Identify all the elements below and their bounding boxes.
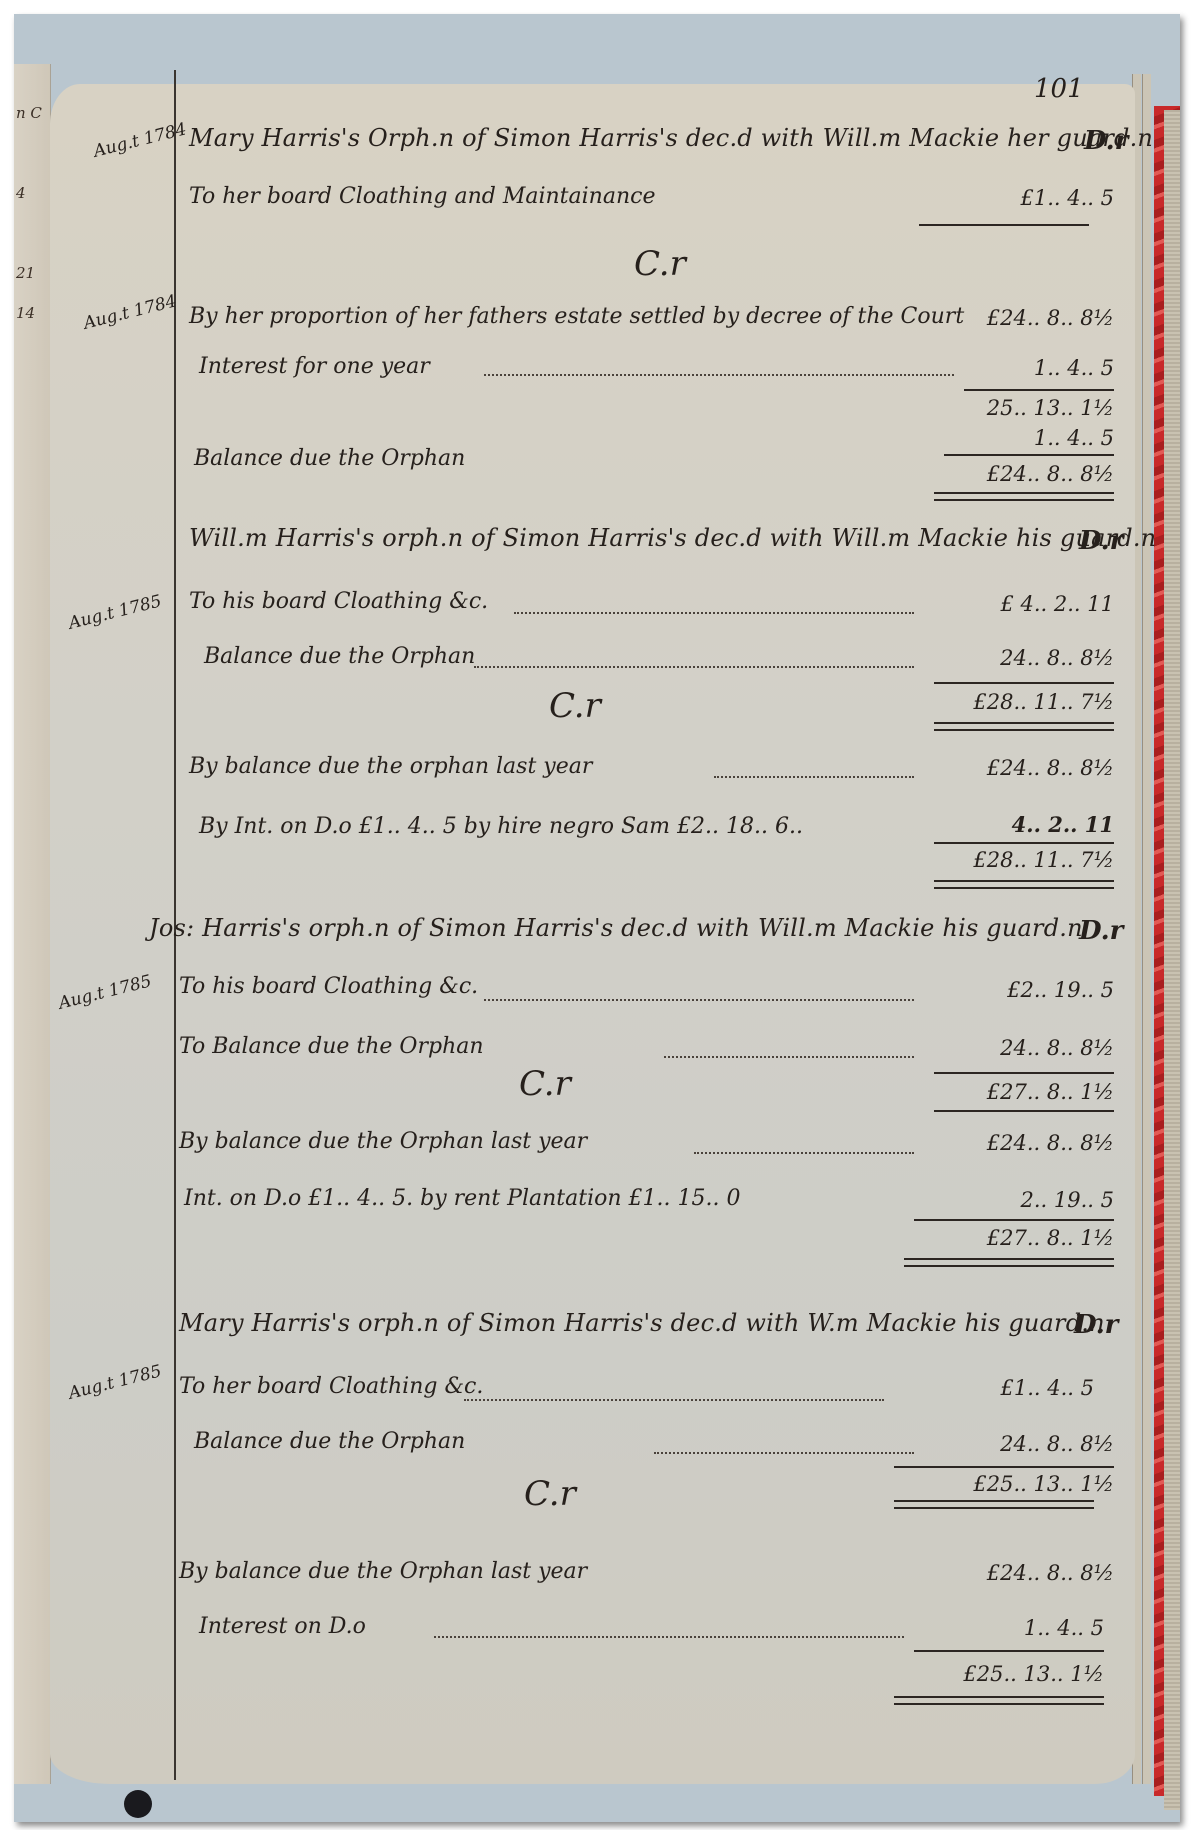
credit-total: £25.. 13.. 1½ [874,1662,1104,1686]
page-number: 101 [1034,74,1084,104]
dotted-leader [474,666,914,668]
rule [944,454,1114,456]
credit-line-amount: £24.. 8.. 8½ [914,1131,1114,1155]
double-rule [934,880,1114,889]
rule [934,682,1114,684]
credit-line-amount: £24.. 8.. 8½ [894,1561,1114,1585]
account-heading: Mary Harris's orph.n of Simon Harris's d… [179,1309,1105,1337]
dotted-leader [694,1152,914,1154]
credit-line-text: By balance due the orphan last year [189,754,592,779]
credit-line-amount: 2.. 19.. 5 [934,1188,1114,1212]
credit-line-text: Interest on D.o [199,1614,366,1639]
credit-line-text: By Int. on D.o £1.. 4.. 5 by hire negro … [199,814,803,839]
credit-line-text: Interest for one year [199,354,430,379]
debit-line-text: Balance due the Orphan [194,1429,465,1454]
debtor-label: D.r [1079,916,1123,946]
debtor-label: D.r [1079,526,1123,556]
double-rule [934,492,1114,501]
creditor-label: C.r [524,1474,576,1514]
debit-line-text: To her board Cloathing &c. [179,1374,483,1399]
debit-line-text: To his board Cloathing &c. [189,589,488,614]
debit-line-text: To Balance due the Orphan [179,1034,484,1059]
credit-total: £28.. 11.. 7½ [894,848,1114,872]
dotted-leader [714,776,914,778]
dotted-leader [464,1399,884,1401]
debit-line-amount: 24.. 8.. 8½ [914,1036,1114,1060]
debit-line-amount: 24.. 8.. 8½ [914,1432,1114,1456]
rule [934,1110,1114,1112]
credit-line-amount: 1.. 4.. 5 [954,356,1114,380]
debit-line-amount: £1.. 4.. 5 [894,1376,1094,1400]
photo-frame: n C 4 21 14 101 Aug.t 1784 Mary Harris's… [14,14,1180,1822]
less-amount: 1.. 4.. 5 [954,426,1114,450]
balance-amount: £24.. 8.. 8½ [914,462,1114,486]
double-rule [894,1696,1104,1705]
left-page-edge: n C 4 21 14 [14,64,51,1784]
dotted-leader [654,1452,914,1454]
credit-total: £27.. 8.. 1½ [894,1226,1114,1250]
binder-clip [124,1790,152,1818]
rule [919,224,1089,226]
double-rule [894,1500,1094,1509]
double-rule [934,722,1114,731]
double-rule [904,1258,1114,1267]
debit-line-text: To her board Cloathing and Maintainance [189,184,655,209]
dotted-leader [664,1056,914,1058]
credit-line-text: Int. on D.o £1.. 4.. 5. by rent Plantati… [184,1186,740,1211]
dotted-leader [434,1636,904,1638]
rule [914,1219,1114,1221]
left-page-fragment: 4 [16,184,26,202]
page-stack-edge [1142,74,1151,1784]
rule [934,842,1114,844]
left-page-fragment: 21 [16,264,35,282]
debit-line-amount: 24.. 8.. 8½ [914,646,1114,670]
credit-line-text: By balance due the Orphan last year [179,1129,587,1154]
creditor-label: C.r [519,1064,571,1104]
account-heading: Will.m Harris's orph.n of Simon Harris's… [189,524,1156,552]
debit-total: £25.. 13.. 1½ [874,1472,1114,1496]
debit-line-amount: £2.. 19.. 5 [914,978,1114,1002]
credit-line-amount: £24.. 8.. 8½ [914,756,1114,780]
rule [934,1072,1114,1074]
account-heading: Mary Harris's Orph.n of Simon Harris's d… [189,124,1153,152]
debtor-label: D.r [1084,126,1128,156]
cloth-spine [1164,110,1180,1810]
credit-line-text: By her proportion of her fathers estate … [189,304,964,329]
debit-line-text: Balance due the Orphan [204,644,475,669]
rule [964,389,1114,391]
debit-total: £28.. 11.. 7½ [894,690,1114,714]
account-heading: Jos: Harris's orph.n of Simon Harris's d… [149,914,1083,942]
subtotal-amount: 25.. 13.. 1½ [954,396,1114,420]
creditor-label: C.r [549,686,601,726]
creditor-label: C.r [634,244,686,284]
credit-line-amount: 4.. 2.. 11 [934,812,1114,837]
debit-total: £27.. 8.. 1½ [894,1080,1114,1104]
left-page-fragment: n C [16,104,42,122]
debit-line-text: To his board Cloathing &c. [179,974,478,999]
left-page-fragment: 14 [16,304,35,322]
debit-line-amount: £ 4.. 2.. 11 [914,592,1114,616]
balance-text: Balance due the Orphan [194,446,465,471]
dotted-leader [484,999,914,1001]
dotted-leader [514,612,914,614]
rule [914,1650,1104,1652]
debit-line-amount: £1.. 4.. 5 [894,186,1114,210]
dotted-leader [484,374,954,376]
credit-line-amount: 1.. 4.. 5 [934,1616,1104,1640]
credit-line-amount: £24.. 8.. 8½ [914,306,1114,330]
rule [894,1466,1114,1468]
debtor-label: D.r [1074,1310,1118,1340]
credit-line-text: By balance due the Orphan last year [179,1559,587,1584]
